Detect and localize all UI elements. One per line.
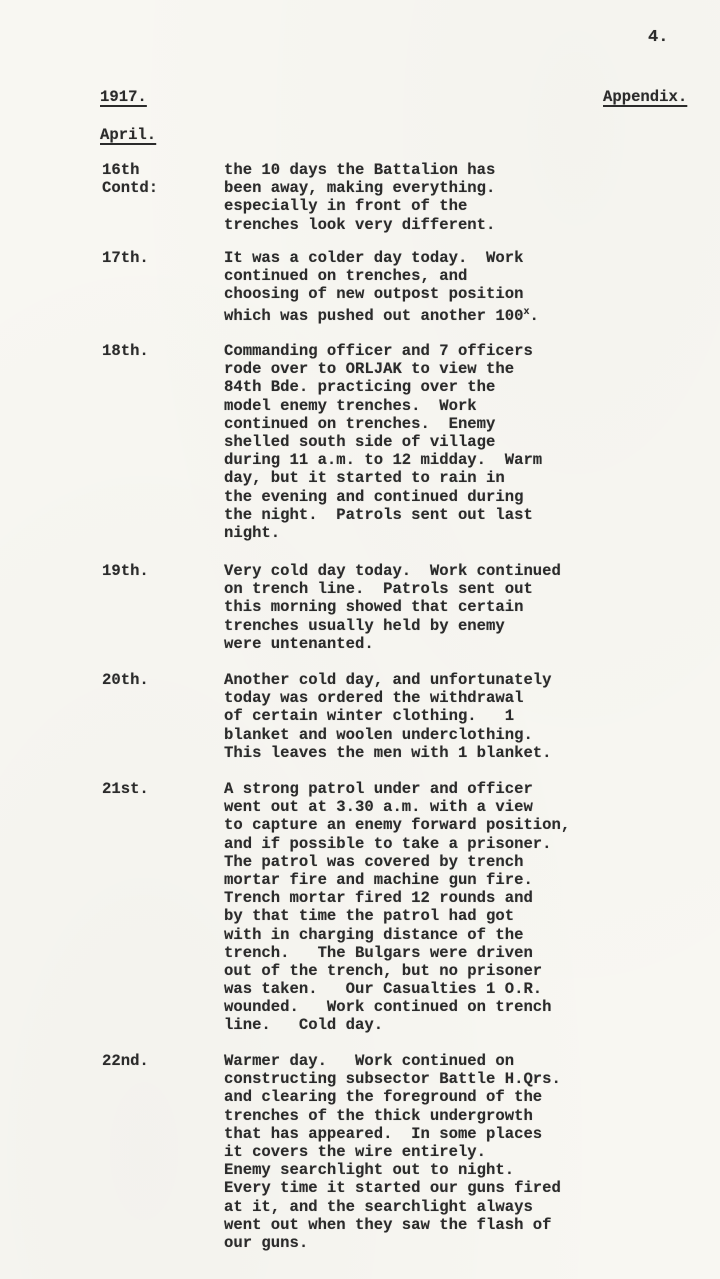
entry-text-line: went out when they saw the flash of <box>224 1216 561 1234</box>
entry-date: 19th. <box>102 562 149 580</box>
text-run: Very cold day today. Work continued <box>224 562 561 580</box>
entry-date: 17th. <box>102 249 149 267</box>
entry-text-line: The patrol was covered by trench <box>224 853 570 871</box>
text-run: on trench line. Patrols sent out <box>224 580 533 598</box>
entry-text-line: blanket and woolen underclothing. <box>224 726 552 744</box>
text-run: This leaves the men with 1 blanket. <box>224 744 552 762</box>
text-run: Every time it started our guns fired <box>224 1179 561 1197</box>
text-run: the 10 days the Battalion has <box>224 161 495 179</box>
entry-text-line: trenches usually held by enemy <box>224 617 561 635</box>
entry-date-line: 17th. <box>102 249 149 267</box>
text-run: model enemy trenches. Work <box>224 397 477 415</box>
entry-text-line: with in charging distance of the <box>224 926 570 944</box>
text-run: mortar fire and machine gun fire. <box>224 871 533 889</box>
entry-text-line: and if possible to take a prisoner. <box>224 835 570 853</box>
entry-date: 22nd. <box>102 1052 149 1070</box>
text-run: went out at 3.30 a.m. with a view <box>224 798 533 816</box>
entry-text-line: model enemy trenches. Work <box>224 397 542 415</box>
text-run: A strong patrol under and officer <box>224 780 533 798</box>
entry-text-line: was taken. Our Casualties 1 O.R. <box>224 980 570 998</box>
text-run: that has appeared. In some places <box>224 1125 542 1143</box>
entry-text-line: choosing of new outpost position <box>224 285 539 303</box>
entry-text: It was a colder day today. Workcontinued… <box>224 249 539 322</box>
entry-text-line: especially in front of the <box>224 197 495 215</box>
entry-text-line: rode over to ORLJAK to view the <box>224 360 542 378</box>
page-number: 4. <box>648 28 668 47</box>
entry-text-line: this morning showed that certain <box>224 598 561 616</box>
entry-text-line: during 11 a.m. to 12 midday. Warm <box>224 451 542 469</box>
entry-text-line: Very cold day today. Work continued <box>224 562 561 580</box>
entry-text-line: by that time the patrol had got <box>224 907 570 925</box>
entry-text: Warmer day. Work continued onconstructin… <box>224 1052 561 1252</box>
text-run: out of the trench, but no prisoner <box>224 962 542 980</box>
entry-text-line: trenches of the thick undergrowth <box>224 1107 561 1125</box>
entry-text-line: continued on trenches. Enemy <box>224 415 542 433</box>
text-run: with in charging distance of the <box>224 926 523 944</box>
text-run: blanket and woolen underclothing. <box>224 726 533 744</box>
entry-date-line: 16th <box>102 161 158 179</box>
entry-text-line: went out at 3.30 a.m. with a view <box>224 798 570 816</box>
text-run: went out when they saw the flash of <box>224 1216 552 1234</box>
text-run: day, but it started to rain in <box>224 469 505 487</box>
text-run: it covers the wire entirely. <box>224 1143 486 1161</box>
entry-text-line: constructing subsector Battle H.Qrs. <box>224 1070 561 1088</box>
text-run: especially in front of the <box>224 197 467 215</box>
text-run: during 11 a.m. to 12 midday. Warm <box>224 451 542 469</box>
entry-date-line: 18th. <box>102 342 149 360</box>
entry-date-line: 21st. <box>102 780 149 798</box>
text-run: rode over to ORLJAK to view the <box>224 360 514 378</box>
entry-text: A strong patrol under and officerwent ou… <box>224 780 570 1035</box>
entry-text: Commanding officer and 7 officersrode ov… <box>224 342 542 542</box>
text-run: and if possible to take a prisoner. <box>224 835 552 853</box>
entry-text-line: Trench mortar fired 12 rounds and <box>224 889 570 907</box>
entry-text-line: shelled south side of village <box>224 433 542 451</box>
text-run: of certain winter clothing. 1 <box>224 707 514 725</box>
text-run: was taken. Our Casualties 1 O.R. <box>224 980 542 998</box>
text-run: line. Cold day. <box>224 1016 383 1034</box>
entry-text-line: to capture an enemy forward position, <box>224 816 570 834</box>
entry-text-line: Enemy searchlight out to night. <box>224 1161 561 1179</box>
text-run: continued on trenches, and <box>224 267 467 285</box>
text-run: shelled south side of village <box>224 433 495 451</box>
entry-text-line: at it, and the searchlight always <box>224 1198 561 1216</box>
text-run: trench. The Bulgars were driven <box>224 944 533 962</box>
text-run: wounded. Work continued on trench <box>224 998 552 1016</box>
entry-text: Very cold day today. Work continuedon tr… <box>224 562 561 653</box>
document-page: 4. 1917. Appendix. April. 16thContd:the … <box>0 0 720 1279</box>
text-run: Commanding officer and 7 officers <box>224 342 533 360</box>
text-run: this morning showed that certain <box>224 598 523 616</box>
text-run: continued on trenches. Enemy <box>224 415 495 433</box>
entry-text-line: been away, making everything. <box>224 179 495 197</box>
entry-text-line: on trench line. Patrols sent out <box>224 580 561 598</box>
entry-text-line: today was ordered the withdrawal <box>224 689 552 707</box>
entry-text-line: trench. The Bulgars were driven <box>224 944 570 962</box>
entry-text-line: day, but it started to rain in <box>224 469 542 487</box>
text-run: the night. Patrols sent out last <box>224 506 533 524</box>
text-run: 84th Bde. practicing over the <box>224 378 495 396</box>
text-run: trenches of the thick undergrowth <box>224 1107 533 1125</box>
month-heading: April. <box>100 126 156 144</box>
text-run: choosing of new outpost position <box>224 285 523 303</box>
text-run: constructing subsector Battle H.Qrs. <box>224 1070 561 1088</box>
entry-date: 21st. <box>102 780 149 798</box>
entry-text-line: our guns. <box>224 1234 561 1252</box>
entry-text-line: It was a colder day today. Work <box>224 249 539 267</box>
text-run: The patrol was covered by trench <box>224 853 523 871</box>
entry-text: the 10 days the Battalion hasbeen away, … <box>224 161 495 234</box>
text-run: which was pushed out another 100 <box>224 307 523 325</box>
text-run: were untenanted. <box>224 635 374 653</box>
entry-text-line: Every time it started our guns fired <box>224 1179 561 1197</box>
text-run: today was ordered the withdrawal <box>224 689 523 707</box>
entry-text-line: continued on trenches, and <box>224 267 539 285</box>
year-heading: 1917. <box>100 88 147 106</box>
entry-text-line: Commanding officer and 7 officers <box>224 342 542 360</box>
entry-text-line: line. Cold day. <box>224 1016 570 1034</box>
entry-text-line: the night. Patrols sent out last <box>224 506 542 524</box>
text-run: It was a colder day today. Work <box>224 249 523 267</box>
entry-text-line: of certain winter clothing. 1 <box>224 707 552 725</box>
entry-date: 18th. <box>102 342 149 360</box>
entry-text-line: which was pushed out another 100x. <box>224 304 539 322</box>
entry-text-line: 84th Bde. practicing over the <box>224 378 542 396</box>
entry-date-line: 22nd. <box>102 1052 149 1070</box>
entry-text-line: This leaves the men with 1 blanket. <box>224 744 552 762</box>
entry-text-line: night. <box>224 524 542 542</box>
text-run: trenches look very different. <box>224 216 495 234</box>
text-run: and clearing the foreground of the <box>224 1088 542 1106</box>
text-run: Trench mortar fired 12 rounds and <box>224 889 533 907</box>
entry-text-line: that has appeared. In some places <box>224 1125 561 1143</box>
entry-text-line: it covers the wire entirely. <box>224 1143 561 1161</box>
text-run: Enemy searchlight out to night. <box>224 1161 514 1179</box>
text-suffix: . <box>529 307 538 325</box>
entry-text-line: Another cold day, and unfortunately <box>224 671 552 689</box>
text-run: the evening and continued during <box>224 488 523 506</box>
entry-text-line: Warmer day. Work continued on <box>224 1052 561 1070</box>
entry-date-line: 20th. <box>102 671 149 689</box>
entry-text-line: the evening and continued during <box>224 488 542 506</box>
entry-text-line: were untenanted. <box>224 635 561 653</box>
entry-text: Another cold day, and unfortunatelytoday… <box>224 671 552 762</box>
entry-text-line: and clearing the foreground of the <box>224 1088 561 1106</box>
entry-date: 20th. <box>102 671 149 689</box>
text-run: Warmer day. Work continued on <box>224 1052 514 1070</box>
entry-text-line: out of the trench, but no prisoner <box>224 962 570 980</box>
entry-text-line: trenches look very different. <box>224 216 495 234</box>
text-run: Another cold day, and unfortunately <box>224 671 552 689</box>
text-run: been away, making everything. <box>224 179 495 197</box>
text-run: to capture an enemy forward position, <box>224 816 570 834</box>
entry-date-line: 19th. <box>102 562 149 580</box>
entry-text-line: A strong patrol under and officer <box>224 780 570 798</box>
text-run: our guns. <box>224 1234 308 1252</box>
entry-text-line: the 10 days the Battalion has <box>224 161 495 179</box>
text-run: by that time the patrol had got <box>224 907 514 925</box>
section-heading: Appendix. <box>603 88 687 106</box>
text-run: trenches usually held by enemy <box>224 617 505 635</box>
text-run: night. <box>224 524 280 542</box>
entry-date-line: Contd: <box>102 179 158 197</box>
entry-text-line: wounded. Work continued on trench <box>224 998 570 1016</box>
text-run: at it, and the searchlight always <box>224 1198 533 1216</box>
entry-date: 16thContd: <box>102 161 158 197</box>
entry-text-line: mortar fire and machine gun fire. <box>224 871 570 889</box>
